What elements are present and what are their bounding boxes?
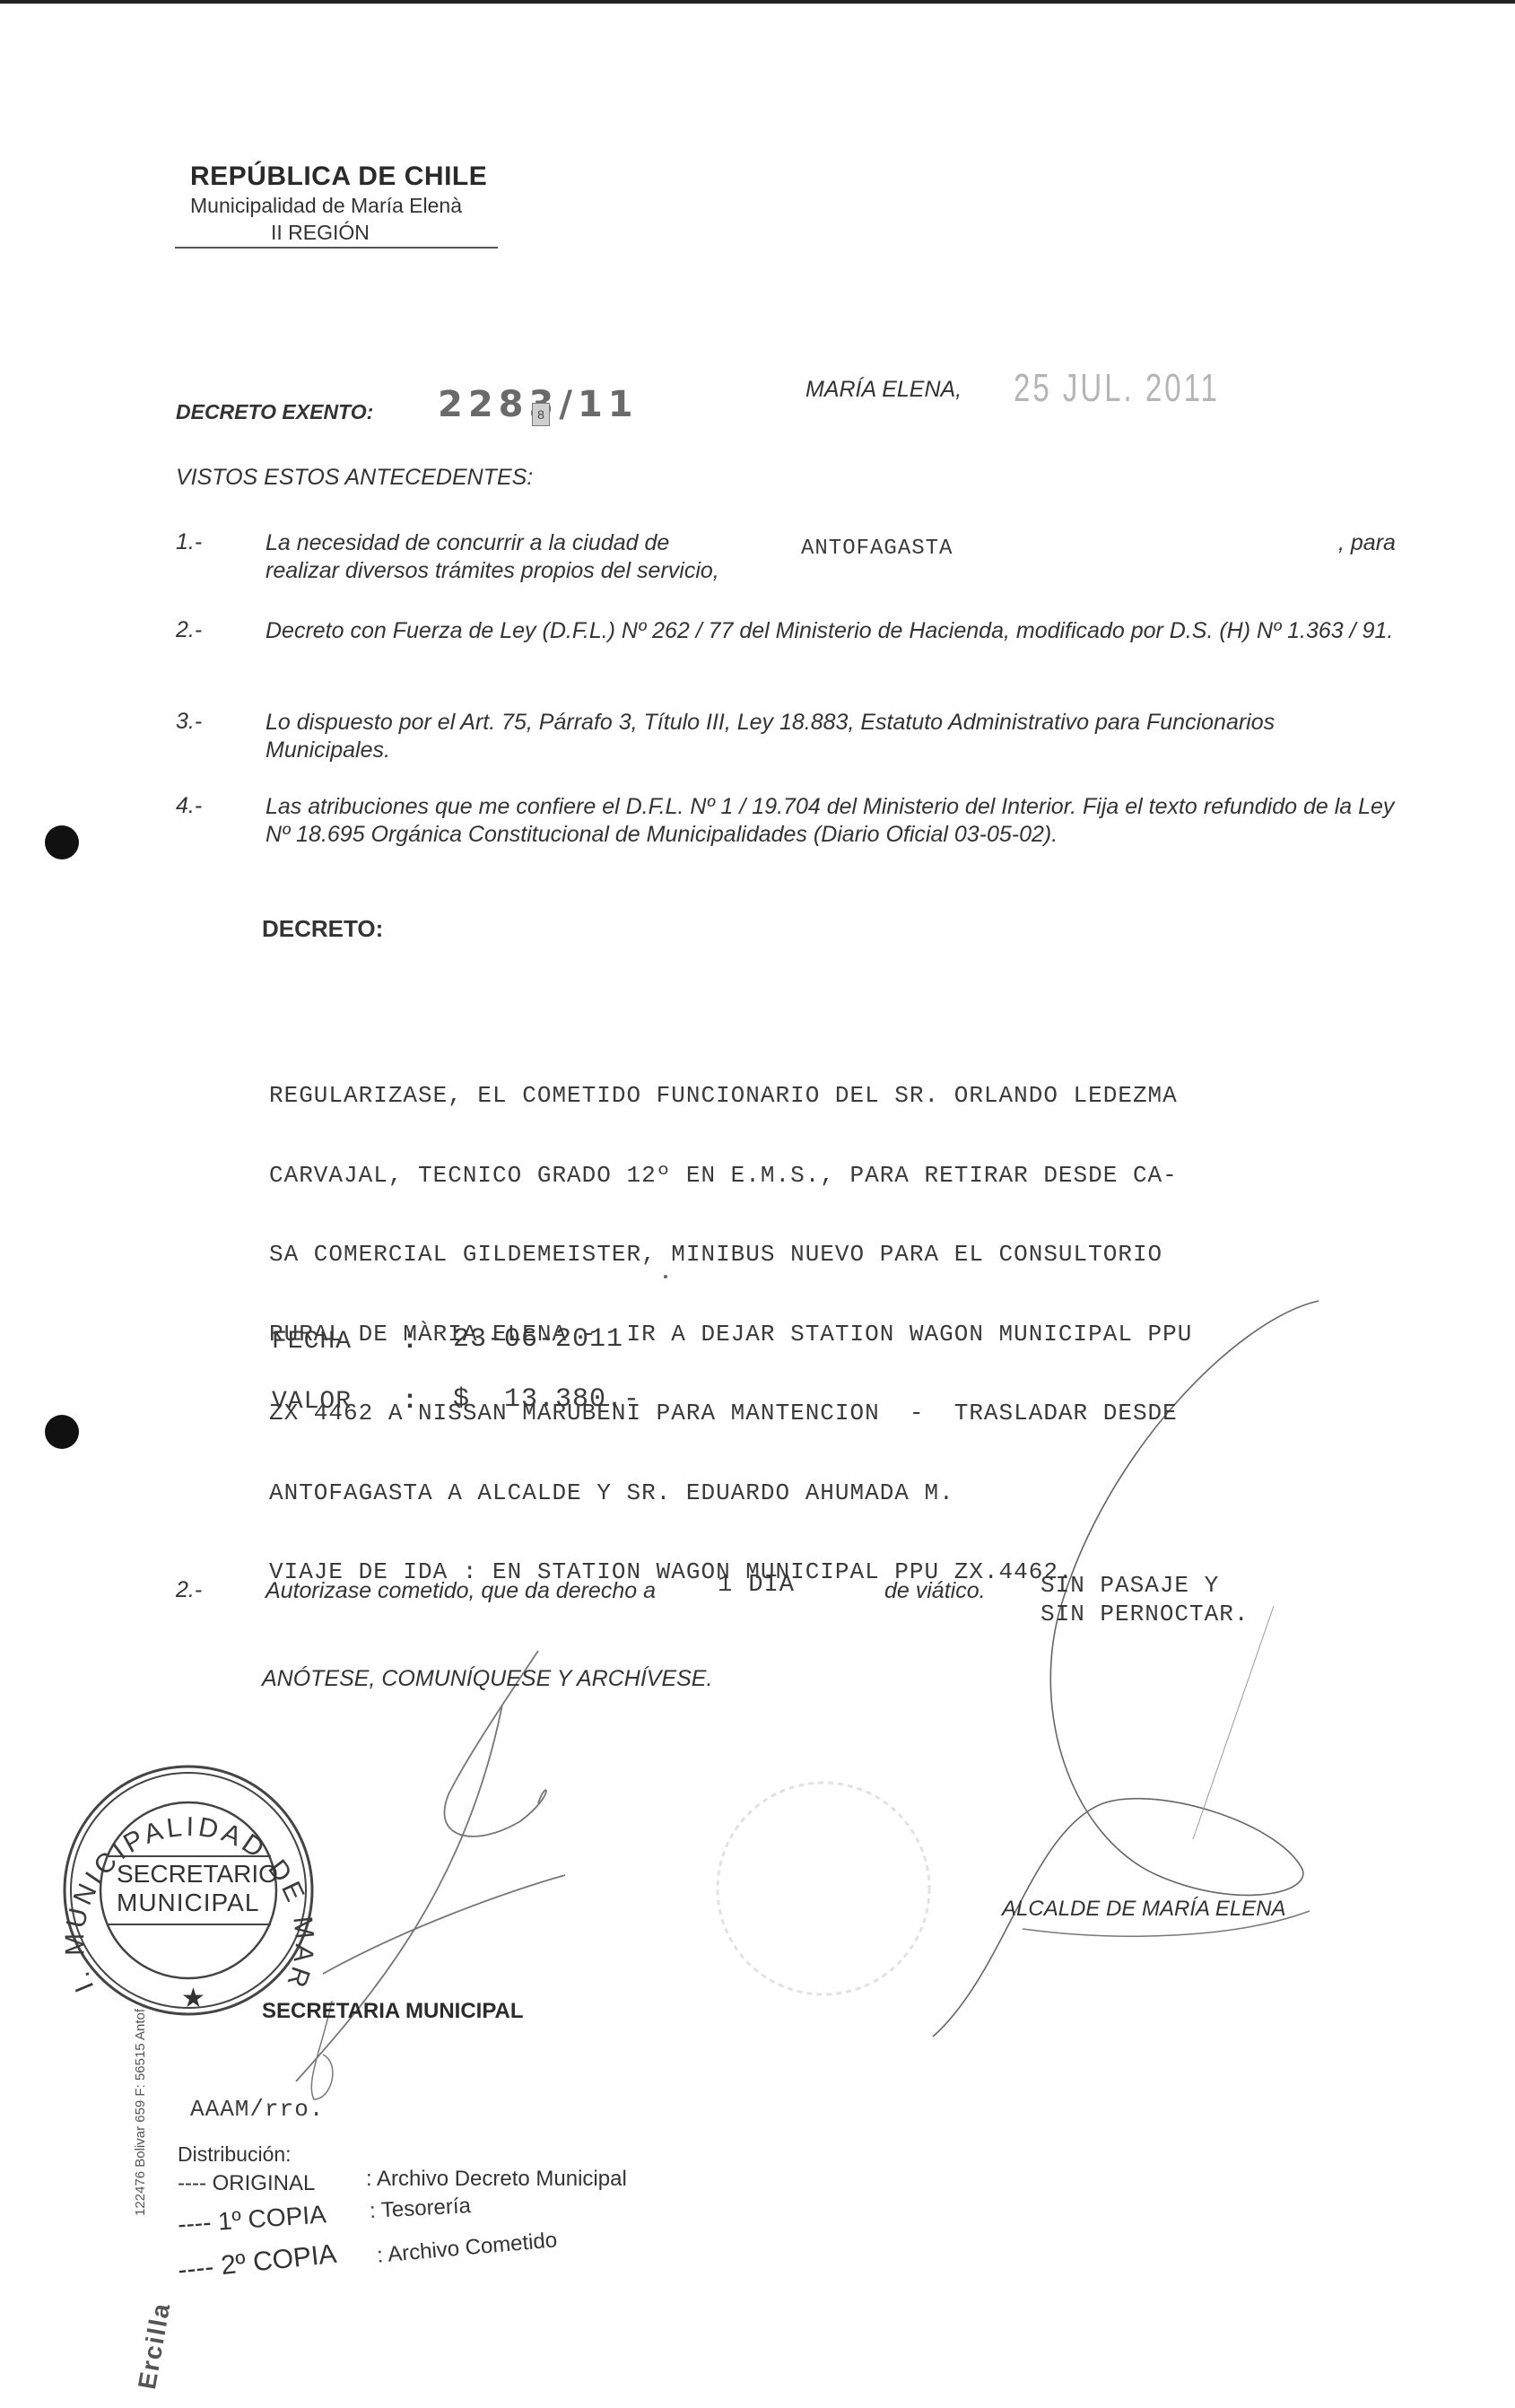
decreto-body-line: ZX 4462 A NISSAN MARUBENI PARA MANTENCIO… <box>269 1400 1426 1427</box>
vistos-item-3-number: 3.- <box>176 709 202 735</box>
header-country: REPÚBLICA DE CHILE <box>190 161 487 192</box>
sin-pernoctar-stamp: SIN PERNOCTAR. <box>1040 1601 1249 1627</box>
hole-punch-bottom <box>45 1415 79 1449</box>
distribution-dest-original: : Archivo Decreto Municipal <box>366 2167 627 2192</box>
vistos-item-1-trailing: , para <box>1338 529 1446 557</box>
seal-star-icon: ★ <box>181 1983 205 2014</box>
seal-center-line2: MUNICIPAL <box>117 1889 259 1917</box>
resolution-item-2-text: Autorizase cometido, que da derecho a <box>266 1577 732 1605</box>
sin-pasaje-stamp: SIN PASAJE Y <box>1040 1572 1219 1599</box>
vistos-item-1-number: 1.- <box>176 529 202 555</box>
typist-initials: AAAM/rro. <box>190 2096 324 2123</box>
vistos-item-1-city: ANTOFAGASTA <box>801 537 953 561</box>
valor-value: $ 13.380.- <box>453 1384 640 1415</box>
seal-center-line1: SECRETARIO <box>117 1860 278 1889</box>
faded-stamp <box>718 1783 929 1994</box>
date-stamp: 25 JUL. 2011 <box>1014 366 1220 411</box>
vistos-item-2-text: Decreto con Fuerza de Ley (D.F.L.) Nº 26… <box>266 617 1405 645</box>
decreto-body-line: SA COMERCIAL GILDEMEISTER, MINIBUS NUEVO… <box>269 1242 1426 1269</box>
decreto-heading: DECRETO: <box>262 915 383 943</box>
secretaria-caption: SECRETARIA MUNICIPAL <box>262 1999 524 2024</box>
vistos-item-1-text-line2: realizar diversos trámites propios del s… <box>266 557 768 585</box>
valor-label: VALOR <box>272 1388 352 1416</box>
resolution-item-2-number: 2.- <box>176 1577 202 1603</box>
fecha-label: FECHA <box>272 1328 352 1356</box>
decreto-body-line: CARVAJAL, TECNICO GRADO 12º EN E.M.S., P… <box>269 1163 1426 1190</box>
distribution-label: Distribución: <box>178 2142 292 2167</box>
vistos-item-4-number: 4.- <box>176 793 202 819</box>
vistos-item-3-text: Lo dispuesto por el Art. 75, Párrafo 3, … <box>266 709 1405 764</box>
distribution-dest-1: : Tesorería <box>369 2194 471 2224</box>
decreto-body-line: REGULARIZASE, EL COMETIDO FUNCIONARIO DE… <box>269 1083 1426 1110</box>
viatico-suffix: de viático. <box>884 1577 1064 1605</box>
vistos-item-2-number: 2.- <box>176 617 202 643</box>
vistos-item-4-text: Las atribuciones que me confiere el D.F.… <box>266 793 1423 849</box>
municipal-seal: I. MUNICIPALIDAD DE MARIA ELENA <box>0 0 319 2014</box>
printer-address: 122476 Bolivar 659 F: 56515 Antof. <box>133 2005 148 2216</box>
viatico-days: 1 DIA <box>718 1572 795 1599</box>
fecha-value: 23-06-2011 <box>453 1324 623 1355</box>
alcalde-signature-stroke <box>1193 1606 1274 1839</box>
decreto-body: REGULARIZASE, EL COMETIDO FUNCIONARIO DE… <box>269 1030 1426 1612</box>
svg-text:I. MUNICIPALIDAD DE MARIA ELEN: I. MUNICIPALIDAD DE MARIA ELENA <box>0 0 319 1996</box>
alcalde-caption: ALCALDE DE MARÍA ELENA <box>1002 1897 1286 1922</box>
seal-ring-text: I. MUNICIPALIDAD DE MARIA ELENA <box>0 0 319 1996</box>
vistos-item-1-text-line1: La necesidad de concurrir a la ciudad de <box>266 529 768 557</box>
header-municipality: Municipalidad de María Elenà <box>190 194 462 218</box>
decree-label: DECRETO EXENTO: <box>176 400 373 424</box>
distribution-copy-original: ---- ORIGINAL <box>178 2171 315 2196</box>
decreto-body-line: RURAL DE MÀRIA ELENA - IR A DEJAR STATIO… <box>269 1322 1426 1348</box>
scan-edge <box>0 0 1515 4</box>
fecha-colon: : <box>402 1326 419 1357</box>
hole-punch-top <box>45 825 79 859</box>
valor-colon: : <box>402 1386 419 1417</box>
decreto-body-line: ANTOFAGASTA A ALCALDE Y SR. EDUARDO AHUM… <box>269 1480 1426 1507</box>
header-divider <box>175 247 498 249</box>
vistos-heading: VISTOS ESTOS ANTECEDENTES: <box>176 465 533 491</box>
closing-formula: ANÓTESE, COMUNÍQUESE Y ARCHÍVESE. <box>262 1665 890 1693</box>
city-label: MARÍA ELENA, <box>805 377 962 403</box>
decree-number-badge: 8 <box>532 403 550 426</box>
header-region: II REGIÓN <box>271 221 370 245</box>
